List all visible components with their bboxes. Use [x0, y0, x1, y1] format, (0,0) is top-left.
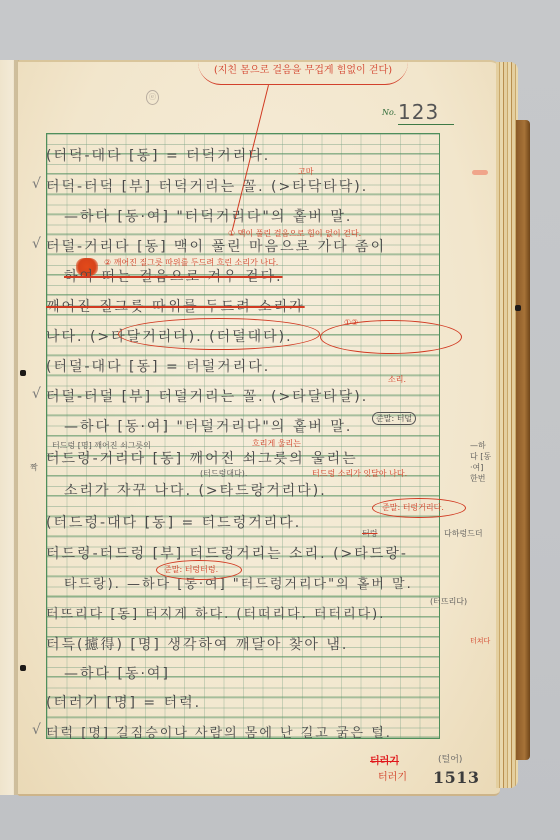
- red-annotation: ①②: [344, 318, 358, 327]
- entry-line: 터럭 [명] 길짐승이나 사람의 몸에 난 길고 굵은 털.: [46, 722, 466, 746]
- red-annotation: ② 깨어진 질그릇 따위를 두드려 흐린 소리가 나다.: [104, 257, 278, 268]
- footer-number: 1513: [433, 768, 480, 787]
- gray-annotation: 터드렁 [명] 깨어진 쇠그릇의: [52, 440, 151, 451]
- binding-hole-icon: [515, 305, 521, 311]
- entry-line: 타드랑). —하다 [동·여] "터드렁거리다"의 홑버 말.: [46, 573, 484, 597]
- red-annotation: 준말: 터덜: [372, 412, 416, 425]
- entry-line: —하다 [동·여] "터덕거리다"의 홑버 말.: [46, 206, 484, 230]
- entry-line-struck: 하여 떠는 걸음으로 겨우 걷다.: [46, 266, 484, 290]
- red-annotation: 준말: 터렁거리다.: [382, 502, 444, 513]
- gray-annotation: 터렁: [362, 528, 377, 539]
- red-annotation: 터쳐다: [470, 636, 490, 646]
- entry-line: —하다 [동·여]: [46, 663, 484, 687]
- entry-line: (터덕-대다 [동] = 터덕거리다.: [46, 145, 466, 169]
- gray-annotation: (터드렁대다).: [200, 468, 247, 479]
- binding-hole-icon: [20, 665, 26, 671]
- margin-annotation: 짝: [30, 462, 38, 473]
- page-number-label: No.: [382, 108, 396, 117]
- page-stack-edge: [496, 62, 518, 788]
- red-circle-annotation: [118, 318, 320, 350]
- red-circle-annotation: [320, 320, 462, 354]
- red-annotation: 고마: [298, 166, 313, 177]
- footer-struck-word: 터러기: [370, 752, 399, 767]
- stamp-icon: ⓔ: [146, 90, 159, 105]
- entry-line: (터러기 [명] = 터럭.: [46, 692, 466, 716]
- red-annotation: ① 맥이 풀린 걸음으로 힘이 없이 걷다.: [228, 228, 361, 239]
- book-cover-edge: [516, 120, 530, 760]
- check-mark-icon: √: [32, 386, 41, 402]
- top-red-note: (지친 몸으로 걸음을 무겁게 힘없이 걷다): [198, 62, 408, 85]
- red-annotation: 준말: 터렁터렁.: [164, 564, 218, 575]
- entry-line-struck: 깨어진 질그릇 따위를 두드려 소리가: [46, 296, 466, 320]
- gray-annotation: (터뜨리다): [430, 596, 467, 607]
- gray-annotation: 다하렁드더: [444, 528, 483, 539]
- footer-correction: 터러기: [378, 768, 407, 783]
- binding-hole-icon: [20, 370, 26, 376]
- red-smudge: [472, 170, 488, 175]
- entry-line: 터득(攄得) [명] 생각하여 깨달아 찾아 냄.: [46, 634, 466, 658]
- page-number-value: 123: [398, 100, 454, 125]
- entry-line: —하다 [동·여] "터덜거리다"의 홑버 말.: [46, 416, 484, 440]
- footer-gray-note: (털어): [438, 752, 462, 765]
- entry-line: 터뜨리다 [동] 터지게 하다. (터떠리다. 터터리다).: [46, 603, 466, 627]
- margin-annotation: —하다 [동·여] 한번: [470, 440, 492, 484]
- check-mark-icon: √: [32, 236, 41, 252]
- check-mark-icon: √: [32, 722, 41, 738]
- red-annotation: 소리.: [388, 374, 406, 385]
- entry-line: 터덕-터덕 [부] 터덕거리는 꼴. (>타닥타닥).: [46, 176, 466, 200]
- red-annotation: 터드렁 소리가 잇달아 나다.: [312, 468, 407, 479]
- entry-line: 터덜-터덜 [부] 터덜거리는 꼴. (>타달타달).: [46, 386, 466, 410]
- red-annotation: 흐리게 울리는: [252, 438, 301, 449]
- check-mark-icon: √: [32, 176, 41, 192]
- entry-line: 터드렁-터드렁 [부] 터드렁거리는 소리. (>타드랑-: [46, 543, 466, 567]
